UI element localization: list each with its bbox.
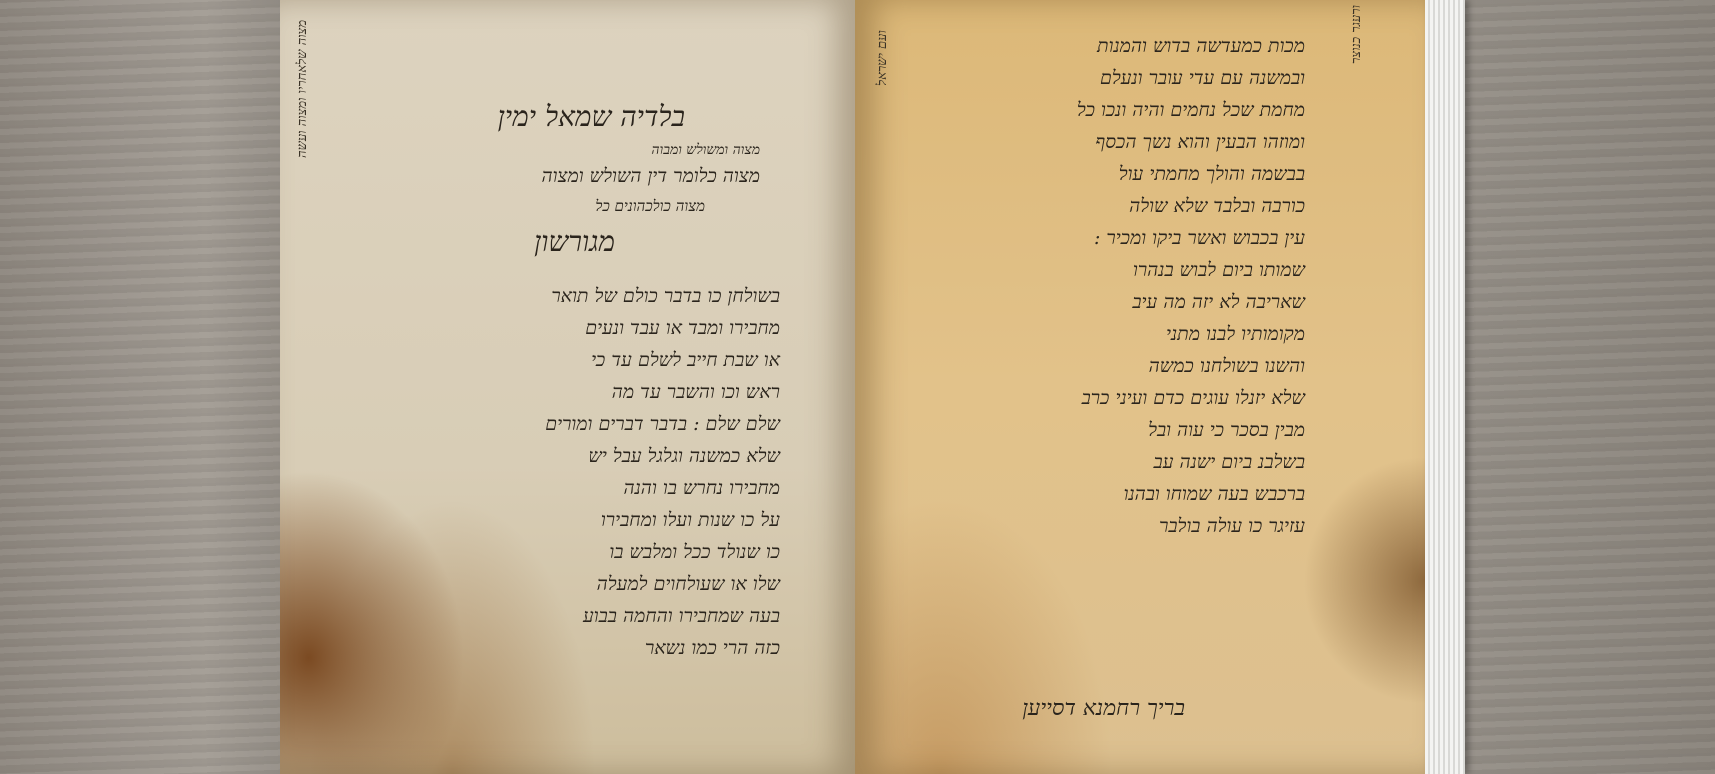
subheading-line: מצוה כולכהונים כל <box>595 190 705 222</box>
section-title: מגורשון <box>534 225 615 259</box>
open-manuscript: מצוה שלאחריו ומצוה ועשה בלדיה שמאל ימין … <box>280 0 1480 774</box>
right-body: מכות כמעדשה בדוש והמנות ובמשנה עם עדי עו… <box>885 30 1305 542</box>
text-line: מחבירו נחרש בו והנה <box>380 472 780 504</box>
text-line: שאריבה לא יזה מה עיב <box>885 286 1305 318</box>
text-line: מבין בסכר כי עוה ובל <box>885 414 1305 446</box>
closing-line: בריך רחמנא דסייען <box>1022 695 1185 721</box>
text-line: בשולחן כו בדבר כולם של תואר <box>380 280 780 312</box>
right-page: ועם ישראל ורעגר כנוצר מכות כמעדשה בדוש ו… <box>855 0 1425 774</box>
text-line: מכות כמעדשה בדוש והמנות <box>885 30 1305 62</box>
text-line: שלו או שעולחוים למעלה <box>380 568 780 600</box>
text-line: כורבה ובלבד שלא שולה <box>885 190 1305 222</box>
text-line: שלא יזנלו עוגים כדם ועיני כרב <box>885 382 1305 414</box>
text-line: מקומותיו לבנו מתני <box>885 318 1305 350</box>
page-edges <box>1425 0 1465 774</box>
right-outer-margin-note: ורעגר כנוצר <box>1349 5 1365 115</box>
text-line: ובמשנה עם עדי עובר ונעלם <box>885 62 1305 94</box>
left-margin-note: מצוה שלאחריו ומצוה ועשה <box>295 20 311 250</box>
text-line: על כו שנות ועלו ומחבירו <box>380 504 780 536</box>
subheading-line: מצוה כלומר דין השולש ומצוה <box>542 160 761 192</box>
text-line: שלם שלם : בדבר דברים ומורים <box>380 408 780 440</box>
text-line: ברכבש בעה שמוחו ובהנו <box>885 478 1305 510</box>
text-line: והשנו בשולחנו כמשה <box>885 350 1305 382</box>
text-line: מחבירו ומבד או עבד ונעים <box>380 312 780 344</box>
subheading-line: מצוה ומשולש ומבוה <box>651 140 760 160</box>
text-line: ראש וכו והשבר עד מה <box>380 376 780 408</box>
left-body: בשולחן כו בדבר כולם של תואר מחבירו ומבד … <box>380 280 780 664</box>
text-line: כו שנולד ככל ומלבש בו <box>380 536 780 568</box>
text-line: עזיגר כו עולה בולבר <box>885 510 1305 542</box>
left-page: מצוה שלאחריו ומצוה ועשה בלדיה שמאל ימין … <box>280 0 855 774</box>
text-line: שמותו ביום לבוש בנהרו <box>885 254 1305 286</box>
left-heading: בלדיה שמאל ימין <box>498 100 685 134</box>
text-line: או שבת חייב לשלם עד כי <box>380 344 780 376</box>
text-line: ומוזהו הבעין והוא נשך הכסף <box>885 126 1305 158</box>
text-line: שלא כמשנה וגלגל עבל יש <box>380 440 780 472</box>
text-line: בשלבנ ביום ישנה עב <box>885 446 1305 478</box>
text-line: מחמת שכל נחמים והיה ונכו כל <box>885 94 1305 126</box>
text-line: בעה שמחבירו והחמה בבוע <box>380 600 780 632</box>
text-line: כזה הרי כמו נשאר <box>380 632 780 664</box>
text-line: עין בכבוש ואשר ביקו ומכיר : <box>885 222 1305 254</box>
text-line: בבשמה והולך מחמתי עול <box>885 158 1305 190</box>
